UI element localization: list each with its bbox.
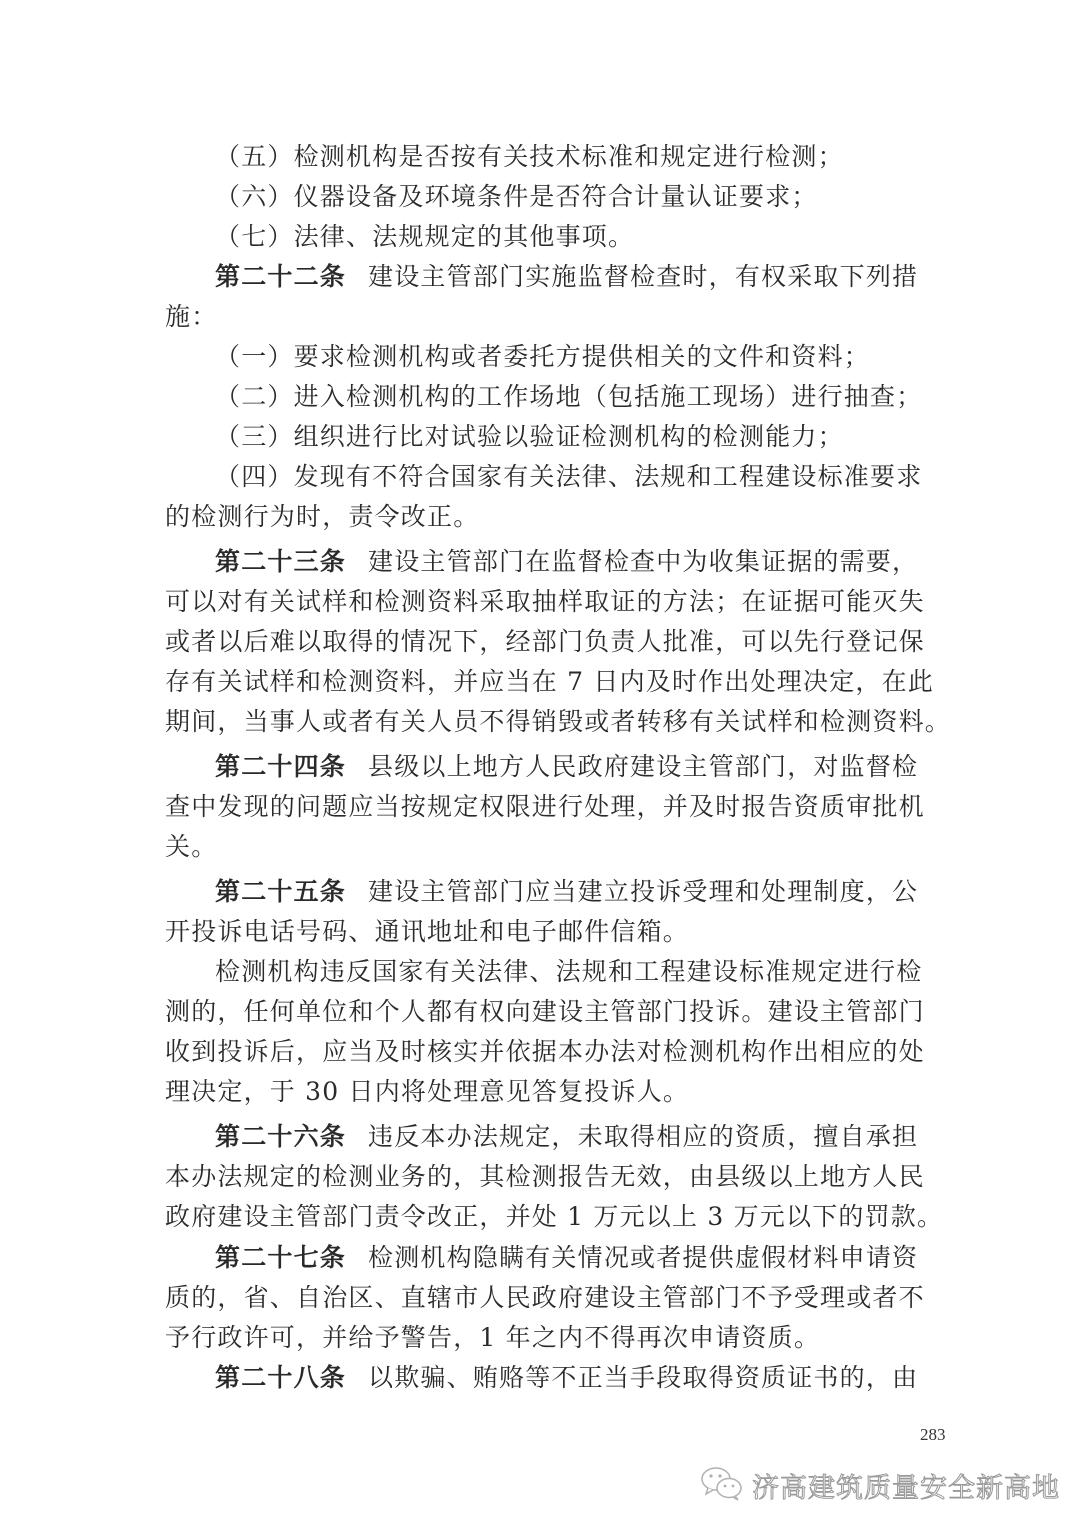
line-text: 政府建设主管部门责令改正，并处 1 万元以上 3 万元以下的罚款。 <box>165 1202 943 1231</box>
wechat-icon <box>700 1465 744 1505</box>
text-line: 的检测行为时，责令改正。 <box>165 502 935 532</box>
text-line: 政府建设主管部门责令改正，并处 1 万元以上 3 万元以下的罚款。 <box>165 1202 935 1232</box>
article-heading: 第二十八条 <box>215 1363 346 1392</box>
line-text: 建设主管部门在监督检查中为收集证据的需要， <box>368 547 918 576</box>
line-text: 违反本办法规定，未取得相应的资质，擅自承担 <box>368 1122 918 1151</box>
line-text: 关。 <box>165 832 217 861</box>
article-heading: 第二十二条 <box>215 262 346 291</box>
line-text: （六）仪器设备及环境条件是否符合计量认证要求； <box>215 182 818 211</box>
line-text: 质的，省、自治区、直辖市人民政府建设主管部门不予受理或者不 <box>165 1283 925 1312</box>
line-text: 查中发现的问题应当按规定权限进行处理，并及时报告资质审批机 <box>165 792 925 821</box>
line-text: 检测机构违反国家有关法律、法规和工程建设标准规定进行检 <box>215 957 922 986</box>
line-text: 或者以后难以取得的情况下，经部门负责人批准，可以先行登记保 <box>165 627 925 656</box>
line-text: 建设主管部门应当建立投诉受理和处理制度，公 <box>368 877 918 906</box>
text-line: （三）组织进行比对试验以验证检测机构的检测能力； <box>215 422 985 452</box>
line-text: 开投诉电话号码、通讯地址和电子邮件信箱。 <box>165 917 689 946</box>
line-text: （七）法律、法规规定的其他事项。 <box>215 222 634 251</box>
line-text: 存有关试样和检测资料，并应当在 7 日内及时作出处理决定，在此 <box>165 667 934 696</box>
article-heading: 第二十六条 <box>215 1122 346 1151</box>
text-line: 理决定，于 30 日内将处理意见答复投诉人。 <box>165 1077 935 1107</box>
line-text: 检测机构隐瞒有关情况或者提供虚假材料申请资 <box>368 1243 918 1272</box>
line-text: 测的，任何单位和个人都有权向建设主管部门投诉。建设主管部门 <box>165 997 925 1026</box>
text-line: 检测机构违反国家有关法律、法规和工程建设标准规定进行检 <box>215 957 985 987</box>
line-text: 县级以上地方人民政府建设主管部门，对监督检 <box>368 752 918 781</box>
text-line: 本办法规定的检测业务的，其检测报告无效，由县级以上地方人民 <box>165 1162 935 1192</box>
line-text: 可以对有关试样和检测资料采取抽样取证的方法；在证据可能灭失 <box>165 587 925 616</box>
article-heading: 第二十五条 <box>215 877 346 906</box>
text-line: 施： <box>165 302 935 332</box>
text-line: 测的，任何单位和个人都有权向建设主管部门投诉。建设主管部门 <box>165 997 935 1027</box>
line-text: （五）检测机构是否按有关技术标准和规定进行检测； <box>215 142 844 171</box>
text-line: （四）发现有不符合国家有关法律、法规和工程建设标准要求 <box>215 462 985 492</box>
text-line: （六）仪器设备及环境条件是否符合计量认证要求； <box>215 182 985 212</box>
watermark-text: 济高建筑质量安全新高地 <box>752 1466 1060 1505</box>
line-text: 收到投诉后，应当及时核实并依据本办法对检测机构作出相应的处 <box>165 1037 925 1066</box>
text-line: 第二十二条建设主管部门实施监督检查时，有权采取下列措 <box>215 262 985 292</box>
line-text: （四）发现有不符合国家有关法律、法规和工程建设标准要求 <box>215 462 922 491</box>
article-heading: 第二十四条 <box>215 752 346 781</box>
text-line: 第二十五条建设主管部门应当建立投诉受理和处理制度，公 <box>215 877 985 907</box>
text-line: （五）检测机构是否按有关技术标准和规定进行检测； <box>215 142 985 172</box>
line-text: （三）组织进行比对试验以验证检测机构的检测能力； <box>215 422 844 451</box>
text-line: 期间，当事人或者有关人员不得销毁或者转移有关试样和检测资料。 <box>165 707 935 737</box>
text-line: （七）法律、法规规定的其他事项。 <box>215 222 985 252</box>
article-heading: 第二十七条 <box>215 1243 346 1272</box>
text-line: 质的，省、自治区、直辖市人民政府建设主管部门不予受理或者不 <box>165 1283 935 1313</box>
text-line: 关。 <box>165 832 935 862</box>
line-text: 理决定，于 30 日内将处理意见答复投诉人。 <box>165 1077 689 1106</box>
text-line: 第二十七条检测机构隐瞒有关情况或者提供虚假材料申请资 <box>215 1243 985 1273</box>
text-line: 第二十八条以欺骗、贿赂等不正当手段取得资质证书的，由 <box>215 1363 985 1393</box>
text-line: 开投诉电话号码、通讯地址和电子邮件信箱。 <box>165 917 935 947</box>
line-text: （二）进入检测机构的工作场地（包括施工现场）进行抽查； <box>215 382 922 411</box>
text-line: 予行政许可，并给予警告，1 年之内不得再次申请资质。 <box>165 1323 935 1353</box>
text-line: 查中发现的问题应当按规定权限进行处理，并及时报告资质审批机 <box>165 792 935 822</box>
line-text: 本办法规定的检测业务的，其检测报告无效，由县级以上地方人民 <box>165 1162 925 1191</box>
text-line: 或者以后难以取得的情况下，经部门负责人批准，可以先行登记保 <box>165 627 935 657</box>
text-line: 存有关试样和检测资料，并应当在 7 日内及时作出处理决定，在此 <box>165 667 935 697</box>
article-heading: 第二十三条 <box>215 547 346 576</box>
text-line: 第二十三条建设主管部门在监督检查中为收集证据的需要， <box>215 547 985 577</box>
line-text: 期间，当事人或者有关人员不得销毁或者转移有关试样和检测资料。 <box>165 707 951 736</box>
text-line: 第二十四条县级以上地方人民政府建设主管部门，对监督检 <box>215 752 985 782</box>
line-text: 以欺骗、贿赂等不正当手段取得资质证书的，由 <box>368 1363 918 1392</box>
line-text: 施： <box>165 302 217 331</box>
text-line: 收到投诉后，应当及时核实并依据本办法对检测机构作出相应的处 <box>165 1037 935 1067</box>
watermark: 济高建筑质量安全新高地 <box>700 1465 1060 1505</box>
document-page: （五）检测机构是否按有关技术标准和规定进行检测；（六）仪器设备及环境条件是否符合… <box>0 0 1080 1527</box>
line-text: 的检测行为时，责令改正。 <box>165 502 479 531</box>
text-line: （一）要求检测机构或者委托方提供相关的文件和资料； <box>215 342 985 372</box>
line-text: 建设主管部门实施监督检查时，有权采取下列措 <box>368 262 918 291</box>
text-line: （二）进入检测机构的工作场地（包括施工现场）进行抽查； <box>215 382 985 412</box>
line-text: 予行政许可，并给予警告，1 年之内不得再次申请资质。 <box>165 1323 820 1352</box>
page-number: 283 <box>920 1425 946 1445</box>
text-line: 可以对有关试样和检测资料采取抽样取证的方法；在证据可能灭失 <box>165 587 935 617</box>
line-text: （一）要求检测机构或者委托方提供相关的文件和资料； <box>215 342 870 371</box>
text-line: 第二十六条违反本办法规定，未取得相应的资质，擅自承担 <box>215 1122 985 1152</box>
